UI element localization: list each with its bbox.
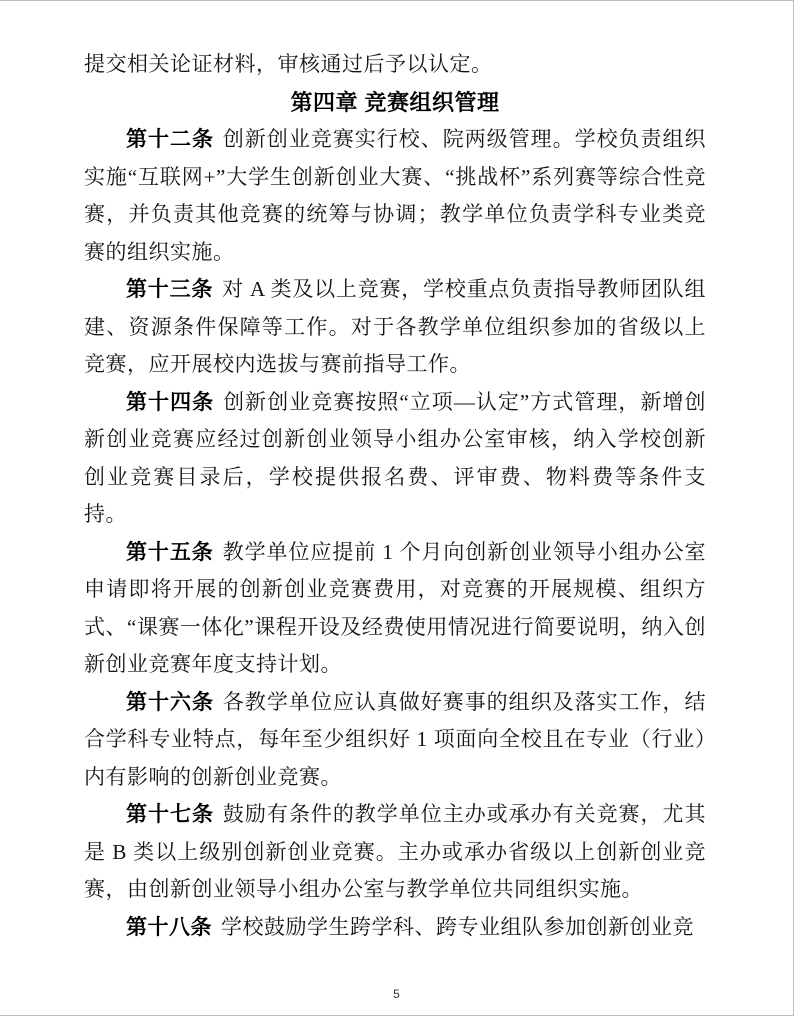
article-number: 第十七条 bbox=[126, 802, 214, 826]
chapter-heading: 第四章 竞赛组织管理 bbox=[84, 84, 706, 122]
article-paragraph-12: 第十二条创新创业竞赛实行校、院两级管理。学校负责组织实施“互联网+”大学生创新创… bbox=[84, 121, 706, 271]
article-paragraph-17: 第十七条鼓励有条件的教学单位主办或承办有关竞赛，尤其是 B 类以上级别创新创业竞… bbox=[84, 796, 706, 909]
article-paragraph-14: 第十四条创新创业竞赛按照“立项—认定”方式管理，新增创新创业竞赛应经过创新创业领… bbox=[84, 384, 706, 534]
page-content: 提交相关论证材料，审核通过后予以认定。 第四章 竞赛组织管理 第十二条创新创业竞… bbox=[84, 46, 706, 946]
article-paragraph-18: 第十八条学校鼓励学生跨学科、跨专业组队参加创新创业竞 bbox=[84, 909, 706, 947]
article-number: 第十八条 bbox=[126, 915, 212, 939]
article-number: 第十六条 bbox=[126, 690, 214, 714]
article-number: 第十四条 bbox=[126, 390, 214, 414]
page-number: 5 bbox=[0, 987, 793, 1001]
article-paragraph-16: 第十六条各教学单位应认真做好赛事的组织及落实工作，结合学科专业特点，每年至少组织… bbox=[84, 684, 706, 797]
article-number: 第十二条 bbox=[126, 127, 214, 151]
document-page: 提交相关论证材料，审核通过后予以认定。 第四章 竞赛组织管理 第十二条创新创业竞… bbox=[0, 0, 794, 1016]
article-number: 第十三条 bbox=[126, 277, 213, 301]
continuation-paragraph: 提交相关论证材料，审核通过后予以认定。 bbox=[84, 46, 706, 84]
article-number: 第十五条 bbox=[126, 540, 214, 564]
article-paragraph-13: 第十三条对 A 类及以上竞赛，学校重点负责指导教师团队组建、资源条件保障等工作。… bbox=[84, 271, 706, 384]
article-text: 学校鼓励学生跨学科、跨专业组队参加创新创业竞 bbox=[221, 915, 694, 939]
article-paragraph-15: 第十五条教学单位应提前 1 个月向创新创业领导小组办公室申请即将开展的创新创业竞… bbox=[84, 534, 706, 684]
